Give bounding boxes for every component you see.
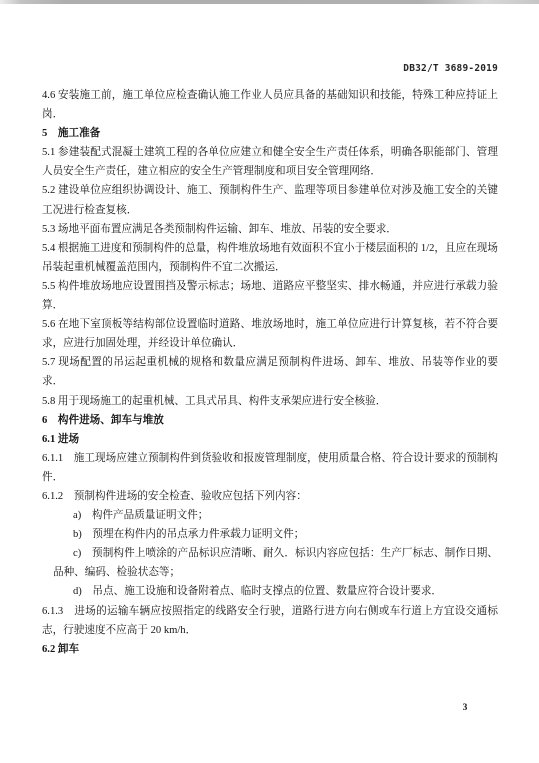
clause-5-8: 5.8 用于现场施工的起重机械、工具式吊具、构件支承架应进行安全核验． [42,392,498,411]
scan-edge-artifact [0,0,539,4]
clause-4-6: 4.6 安装施工前，施工单位应检查确认施工作业人员应具备的基础知识和技能，特殊工… [42,86,498,124]
document-page: DB32/T 3689-2019 4.6 安装施工前，施工单位应检查确认施工作业… [0,0,539,763]
clause-6-1-2: 6.1.2 预制构件进场的安全检查、验收应包括下列内容： [42,487,498,506]
document-body: 4.6 安装施工前，施工单位应检查确认施工作业人员应具备的基础知识和技能，特殊工… [42,86,498,659]
clause-5-1: 5.1 参建装配式混凝土建筑工程的各单位应建立和健全安全生产责任体系，明确各职能… [42,143,498,181]
clause-5-2: 5.2 建设单位应组织协调设计、施工、预制构件生产、监理等项目参建单位对涉及施工… [42,181,498,219]
list-item-c: c) 预制构件上喷涂的产品标识应清晰、耐久．标识内容应包括：生产厂标志、制作日期… [42,544,498,582]
subsection-heading-6-1: 6.1 进场 [42,430,498,449]
clause-5-3: 5.3 场地平面布置应满足各类预制构件运输、卸车、堆放、吊装的安全要求． [42,220,498,239]
clause-6-1-3: 6.1.3 进场的运输车辆应按照指定的线路安全行驶，道路行进方向右侧或车行道上方… [42,602,498,640]
clause-5-4: 5.4 根据施工进度和预制构件的总量，构件堆放场地有效面积不宜小于楼层面积的 1… [42,239,498,277]
clause-5-7: 5.7 现场配置的吊运起重机械的规格和数量应满足预制构件进场、卸车、堆放、吊装等… [42,353,498,391]
clause-6-1-1: 6.1.1 施工现场应建立预制构件到货验收和报废管理制度，使用质量合格、符合设计… [42,449,498,487]
list-item-a: a) 构件产品质量证明文件； [42,506,498,525]
list-item-d: d) 吊点、施工设施和设备附着点、临时支撑点的位置、数量应符合设计要求． [42,582,498,601]
list-item-b: b) 预埋在构件内的吊点承力件承载力证明文件； [42,525,498,544]
section-heading-5: 5 施工准备 [42,124,498,143]
standard-code: DB32/T 3689-2019 [42,63,498,74]
clause-5-6: 5.6 在地下室顶板等结构部位设置临时道路、堆放场地时，施工单位应进行计算复核，… [42,315,498,353]
clause-5-5: 5.5 构件堆放场地应设置围挡及警示标志；场地、道路应平整坚实、排水畅通，并应进… [42,277,498,315]
section-heading-6: 6 构件进场、卸车与堆放 [42,411,498,430]
page-number: 3 [450,703,480,713]
subsection-heading-6-2: 6.2 卸车 [42,640,498,659]
